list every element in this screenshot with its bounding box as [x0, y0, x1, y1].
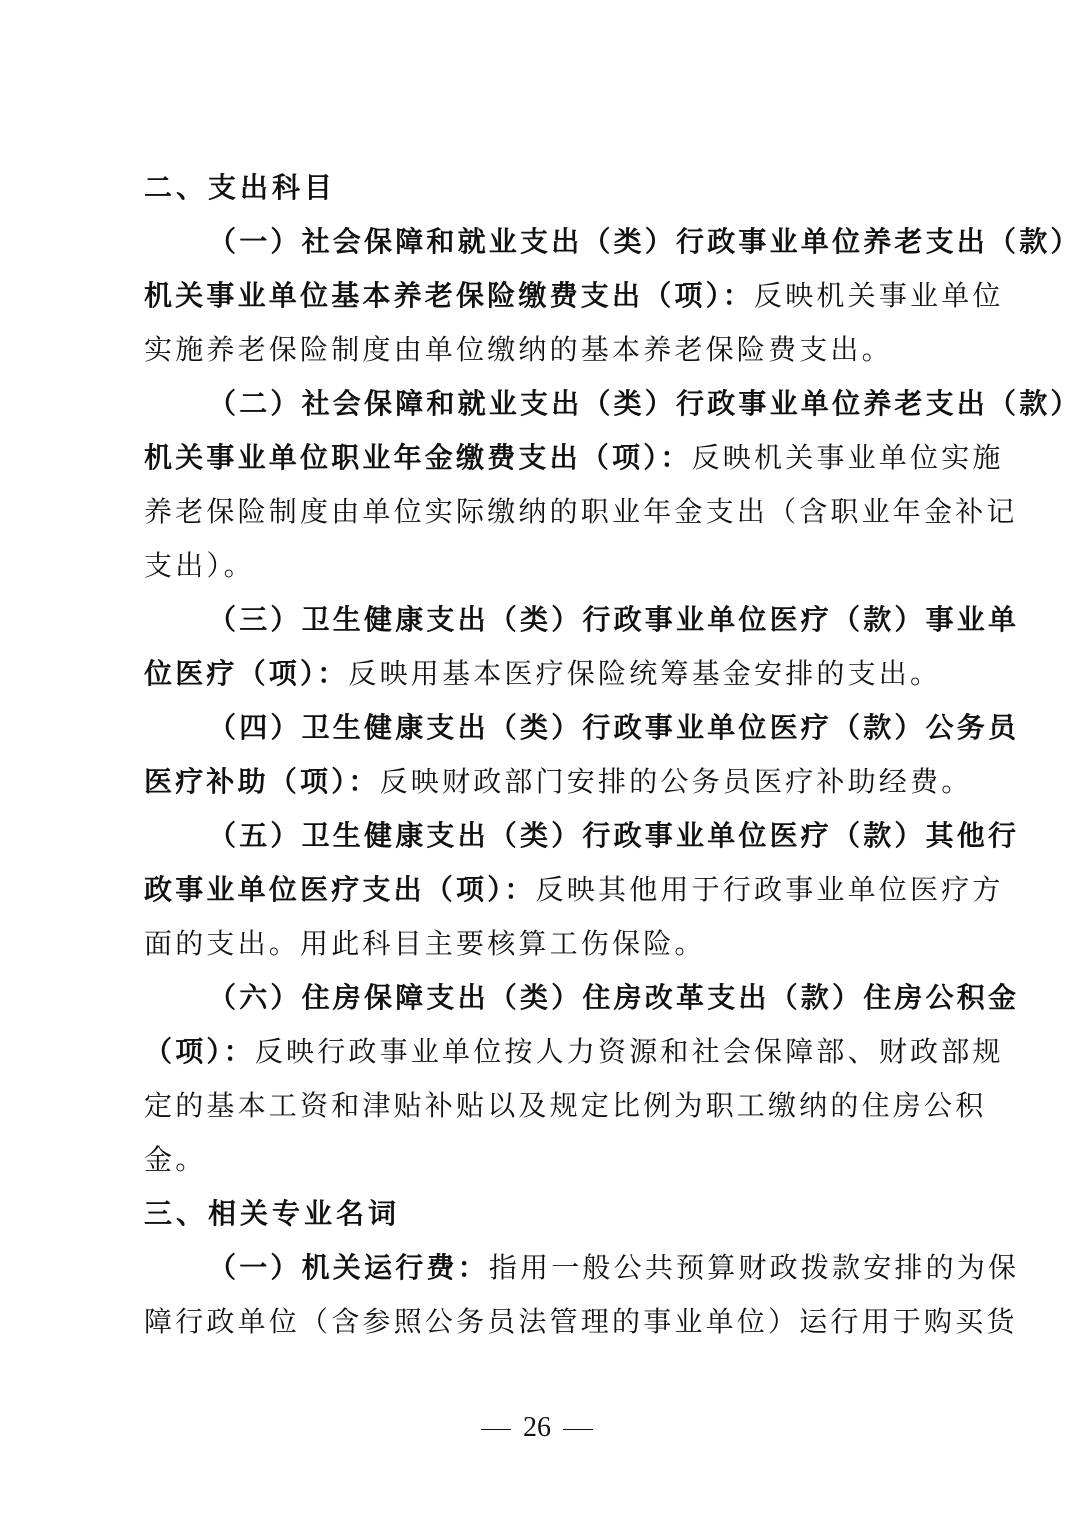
item-title: （四）卫生健康支出（类）行政事业单位医疗（款）公务员 — [208, 711, 1019, 744]
item-title: 机关事业单位职业年金缴费支出（项）： — [144, 441, 692, 474]
paragraph-line: 定的基本工资和津贴补贴以及规定比例为职工缴纳的住房公积 — [144, 1079, 942, 1133]
paragraph-line: 支出）。 — [144, 539, 942, 593]
item-title: （一）机关运行费： — [208, 1251, 489, 1284]
item-text: 支出）。 — [144, 549, 255, 582]
item-title: （三）卫生健康支出（类）行政事业单位医疗（款）事业单 — [208, 603, 1019, 636]
paragraph-line: 金。 — [144, 1133, 942, 1187]
paragraph-line: 机关事业单位职业年金缴费支出（项）：反映机关事业单位实施 — [144, 431, 942, 485]
item-text: 反映行政事业单位按人力资源和社会保障部、财政部规 — [255, 1035, 1004, 1068]
item-title: 医疗补助（项）： — [144, 765, 380, 798]
item-text: 反映机关事业单位 — [754, 279, 1004, 312]
item-title: 位医疗（项）： — [144, 657, 348, 690]
item-text: 反映财政部门安排的公务员医疗补助经费。 — [380, 765, 973, 798]
item-title: （六）住房保障支出（类）住房改革支出（款）住房公积金 — [208, 981, 1019, 1014]
paragraph-line: （项）：反映行政事业单位按人力资源和社会保障部、财政部规 — [144, 1025, 942, 1079]
paragraph-line: （四）卫生健康支出（类）行政事业单位医疗（款）公务员 — [144, 701, 942, 755]
section-heading-related-terms: 三、相关专业名词 — [144, 1187, 942, 1241]
paragraph-line: 位医疗（项）：反映用基本医疗保险统筹基金安排的支出。 — [144, 647, 942, 701]
paragraph-line: （二）社会保障和就业支出（类）行政事业单位养老支出（款） — [144, 377, 942, 431]
item-text: 指用一般公共预算财政拨款安排的为保 — [489, 1251, 1019, 1284]
item-title: （项）： — [144, 1035, 255, 1068]
paragraph-line: （三）卫生健康支出（类）行政事业单位医疗（款）事业单 — [144, 593, 942, 647]
paragraph-line: 养老保险制度由单位实际缴纳的职业年金支出（含职业年金补记 — [144, 485, 942, 539]
item-text: 养老保险制度由单位实际缴纳的职业年金支出（含职业年金补记 — [144, 495, 1018, 528]
item-title: （二）社会保障和就业支出（类）行政事业单位养老支出（款） — [208, 387, 1074, 420]
paragraph-line: 面的支出。用此科目主要核算工伤保险。 — [144, 917, 942, 971]
paragraph-line: （五）卫生健康支出（类）行政事业单位医疗（款）其他行 — [144, 809, 942, 863]
dash-right — [563, 1429, 593, 1430]
item-title: （一）社会保障和就业支出（类）行政事业单位养老支出（款） — [208, 225, 1074, 258]
paragraph-line: 机关事业单位基本养老保险缴费支出（项）：反映机关事业单位 — [144, 269, 942, 323]
paragraph-line: （一）社会保障和就业支出（类）行政事业单位养老支出（款） — [144, 215, 942, 269]
item-text: 反映其他用于行政事业单位医疗方 — [536, 873, 1004, 906]
item-text: 定的基本工资和津贴补贴以及规定比例为职工缴纳的住房公积 — [144, 1089, 986, 1122]
paragraph-line: （六）住房保障支出（类）住房改革支出（款）住房公积金 — [144, 971, 942, 1025]
item-text: 面的支出。用此科目主要核算工伤保险。 — [144, 927, 706, 960]
item-text: 反映机关事业单位实施 — [692, 441, 1004, 474]
item-text: 障行政单位（含参照公务员法管理的事业单位）运行用于购买货 — [144, 1305, 1018, 1338]
document-body: 二、支出科目 （一）社会保障和就业支出（类）行政事业单位养老支出（款） 机关事业… — [144, 161, 942, 1349]
paragraph-line: （一）机关运行费：指用一般公共预算财政拨款安排的为保 — [144, 1241, 942, 1295]
page-number: 26 — [523, 1412, 551, 1443]
paragraph-line: 医疗补助（项）：反映财政部门安排的公务员医疗补助经费。 — [144, 755, 942, 809]
paragraph-line: 实施养老保险制度由单位缴纳的基本养老保险费支出。 — [144, 323, 942, 377]
paragraph-line: 障行政单位（含参照公务员法管理的事业单位）运行用于购买货 — [144, 1295, 942, 1349]
item-text: 实施养老保险制度由单位缴纳的基本养老保险费支出。 — [144, 333, 893, 366]
dash-left — [481, 1429, 511, 1430]
item-title: （五）卫生健康支出（类）行政事业单位医疗（款）其他行 — [208, 819, 1019, 852]
item-text: 金。 — [144, 1143, 206, 1176]
paragraph-line: 政事业单位医疗支出（项）：反映其他用于行政事业单位医疗方 — [144, 863, 942, 917]
item-title: 政事业单位医疗支出（项）： — [144, 873, 536, 906]
section-heading-expenditure-subjects: 二、支出科目 — [144, 161, 942, 215]
item-text: 反映用基本医疗保险统筹基金安排的支出。 — [348, 657, 941, 690]
item-title: 机关事业单位基本养老保险缴费支出（项）： — [144, 279, 754, 312]
page-footer: 26 — [0, 1410, 1074, 1446]
